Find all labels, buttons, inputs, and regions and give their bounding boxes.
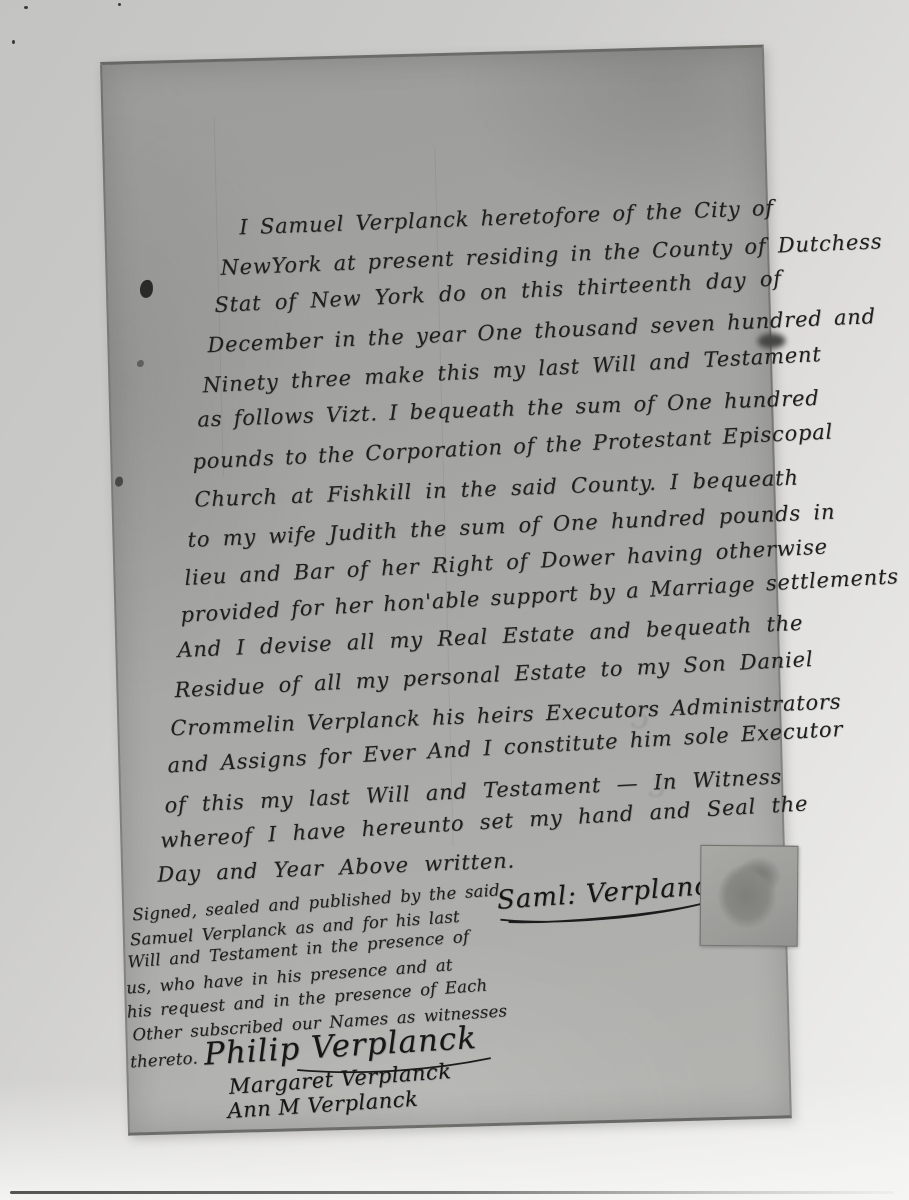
ink-blot [140,280,153,298]
testator-signature-text: Saml: Verplanck [496,870,728,916]
manuscript-line: NewYork at present residing in the Count… [220,229,883,280]
film-speck [24,6,28,9]
photo-edge-line [10,1191,894,1194]
seal-patch [700,845,799,947]
manuscript-line: Day and Year Above written. [157,848,516,886]
attestation-text: Signed, sealed and published by the said… [102,48,762,65]
photograph-background: 5 3 I Samuel Verplanck heretofore of the… [0,0,909,1200]
ink-blot [115,477,123,487]
manuscript-line: thereto. [130,1048,199,1071]
ink-blot [137,360,144,367]
manuscript-line: I Samuel Verplanck heretofore of the Cit… [239,196,774,240]
film-speck [118,3,121,6]
film-speck [12,40,15,44]
testator-signature: Saml: Verplanck [496,870,728,916]
manuscript-paper: 5 3 I Samuel Verplanck heretofore of the… [100,45,792,1136]
will-body-text: I Samuel Verplanck heretofore of the Cit… [102,48,762,65]
